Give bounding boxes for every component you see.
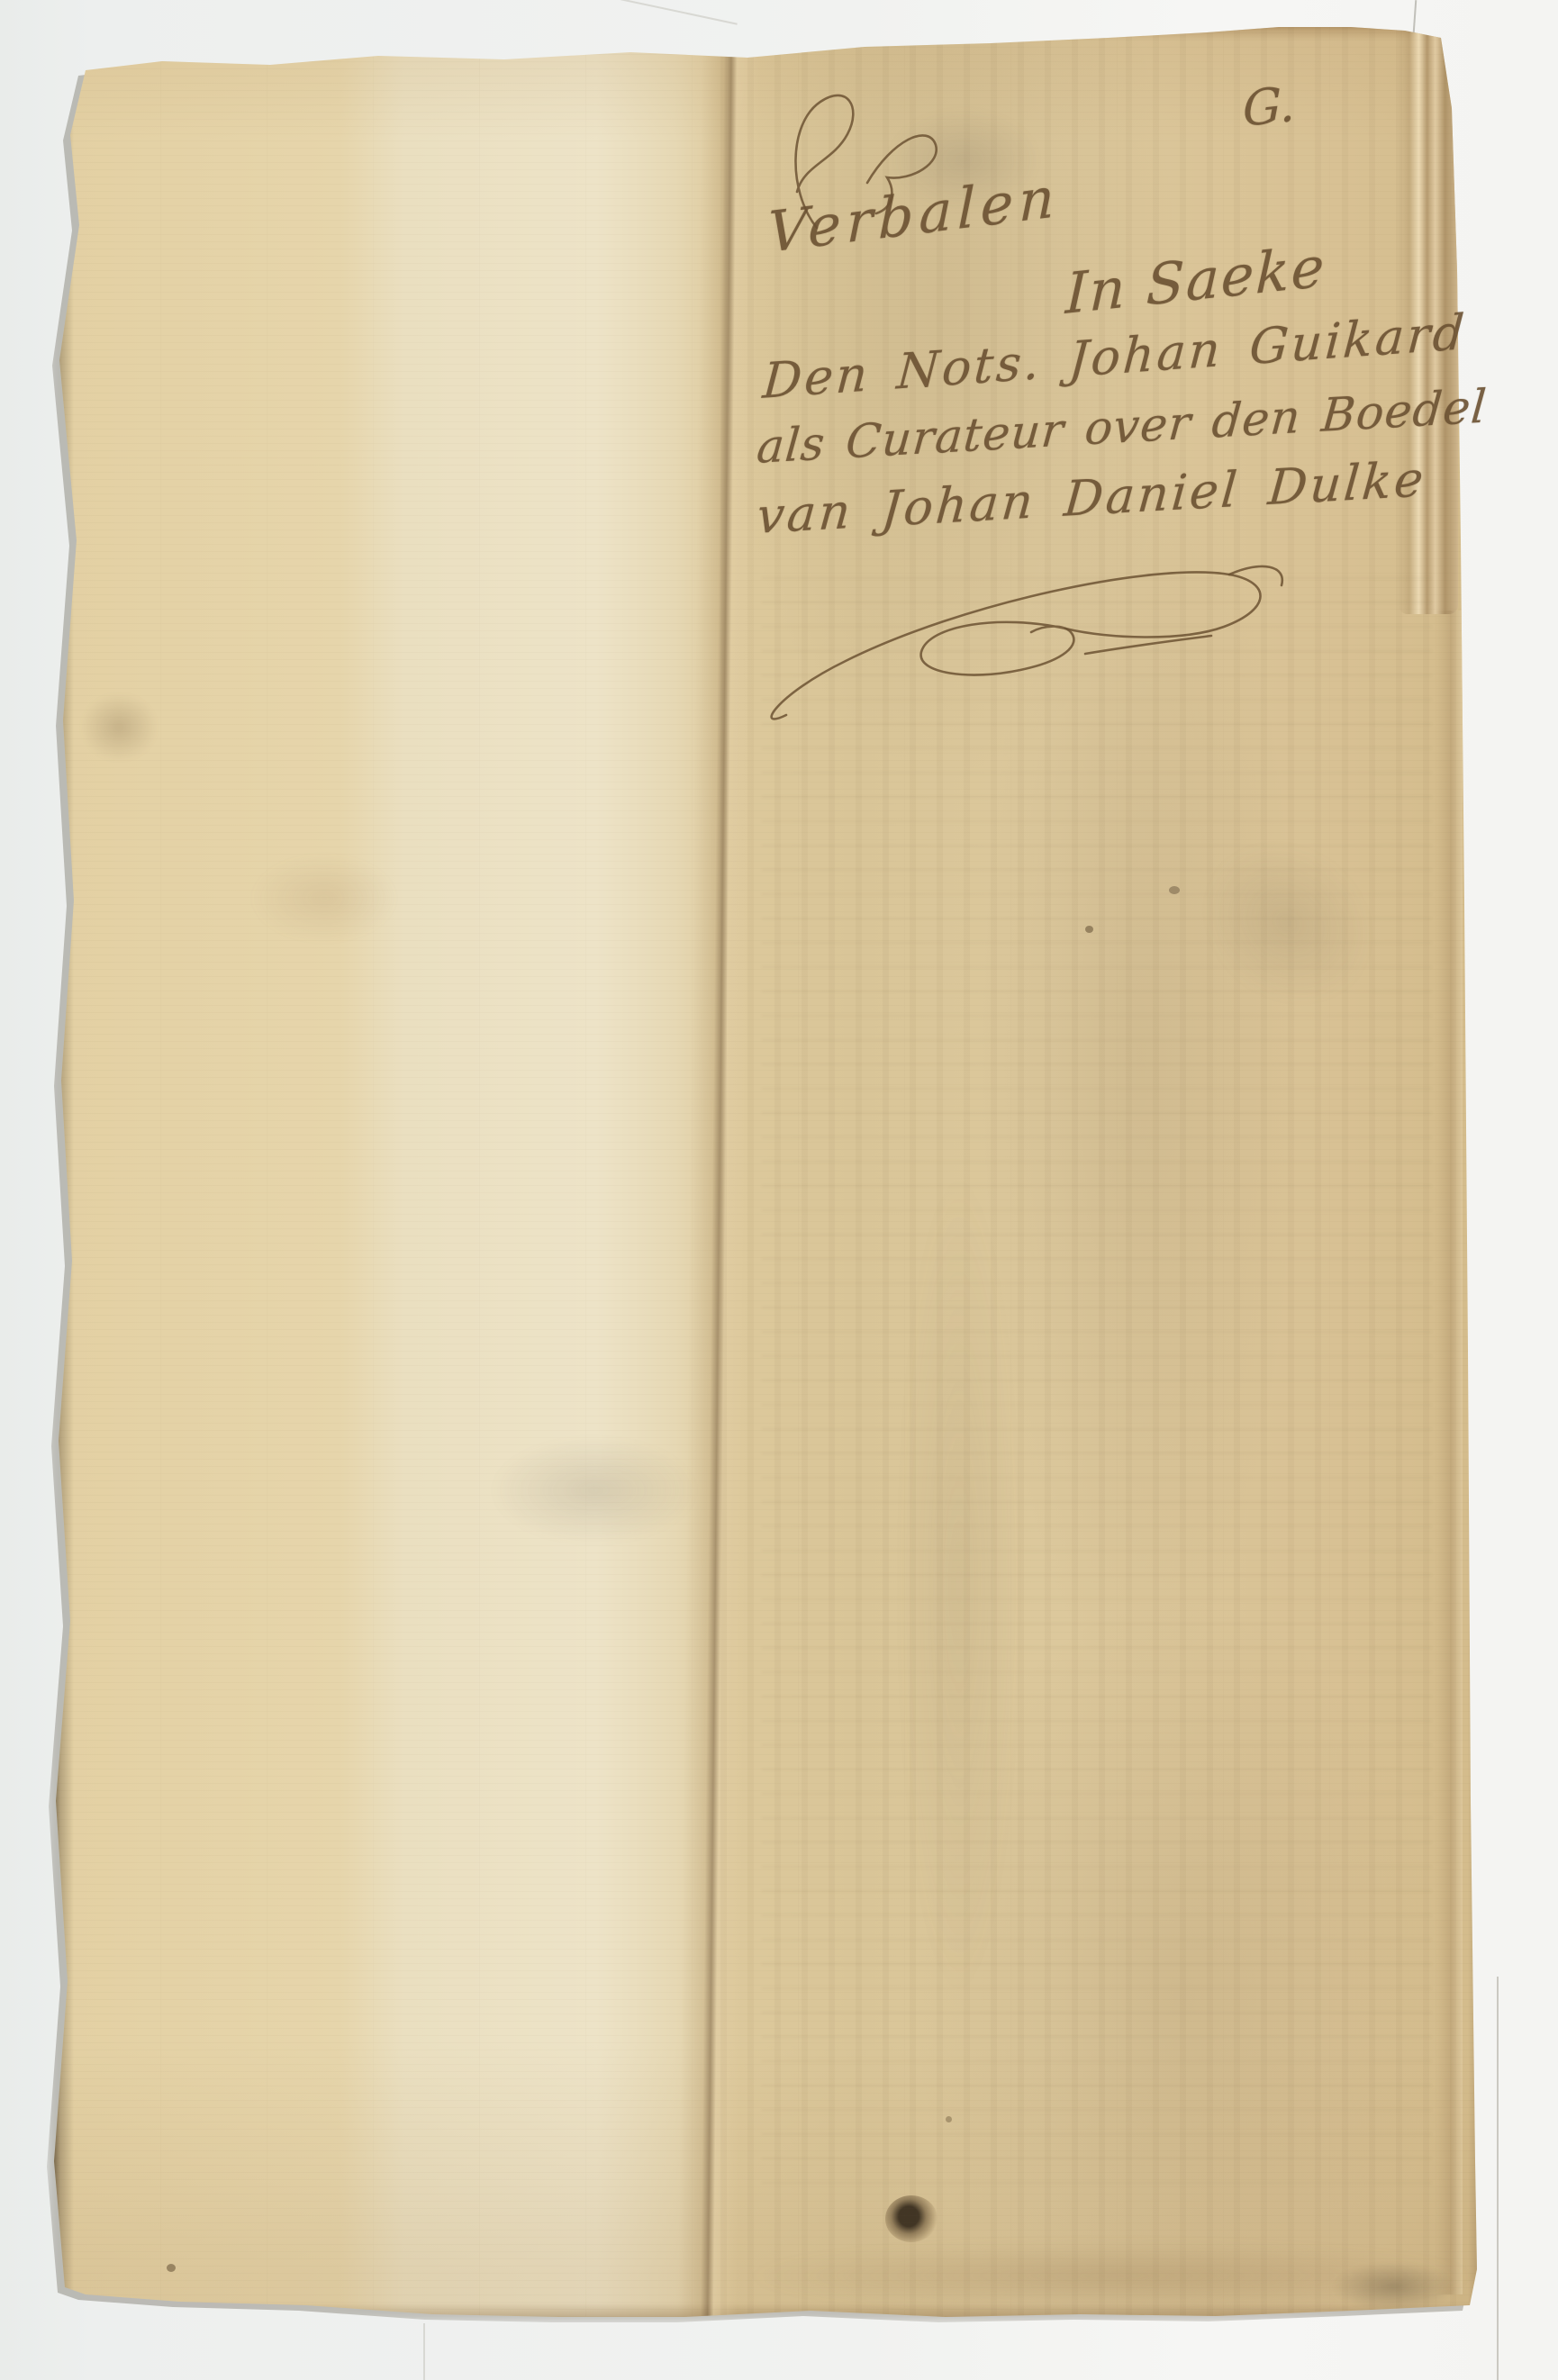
backing-sheet-crease bbox=[1497, 1977, 1499, 2380]
ink-bleed-through bbox=[761, 576, 1432, 2197]
speck bbox=[167, 2264, 176, 2272]
stain-smudge bbox=[491, 1436, 698, 1544]
speck bbox=[946, 2116, 952, 2122]
scanned-document: G. Verbalen In Saeke Den Nots. Johan Gui… bbox=[0, 0, 1558, 2380]
right-edge-fold-line bbox=[1436, 611, 1463, 2294]
stain-patch bbox=[252, 855, 396, 941]
backing-sheet-crease bbox=[423, 2323, 425, 2380]
backing-sheet-crease bbox=[620, 0, 738, 25]
speck bbox=[1169, 886, 1180, 894]
stain-patch bbox=[81, 693, 158, 761]
speck bbox=[1085, 926, 1093, 933]
classification-mark: G. bbox=[1243, 76, 1295, 138]
paraph-flourish-icon bbox=[761, 538, 1301, 732]
